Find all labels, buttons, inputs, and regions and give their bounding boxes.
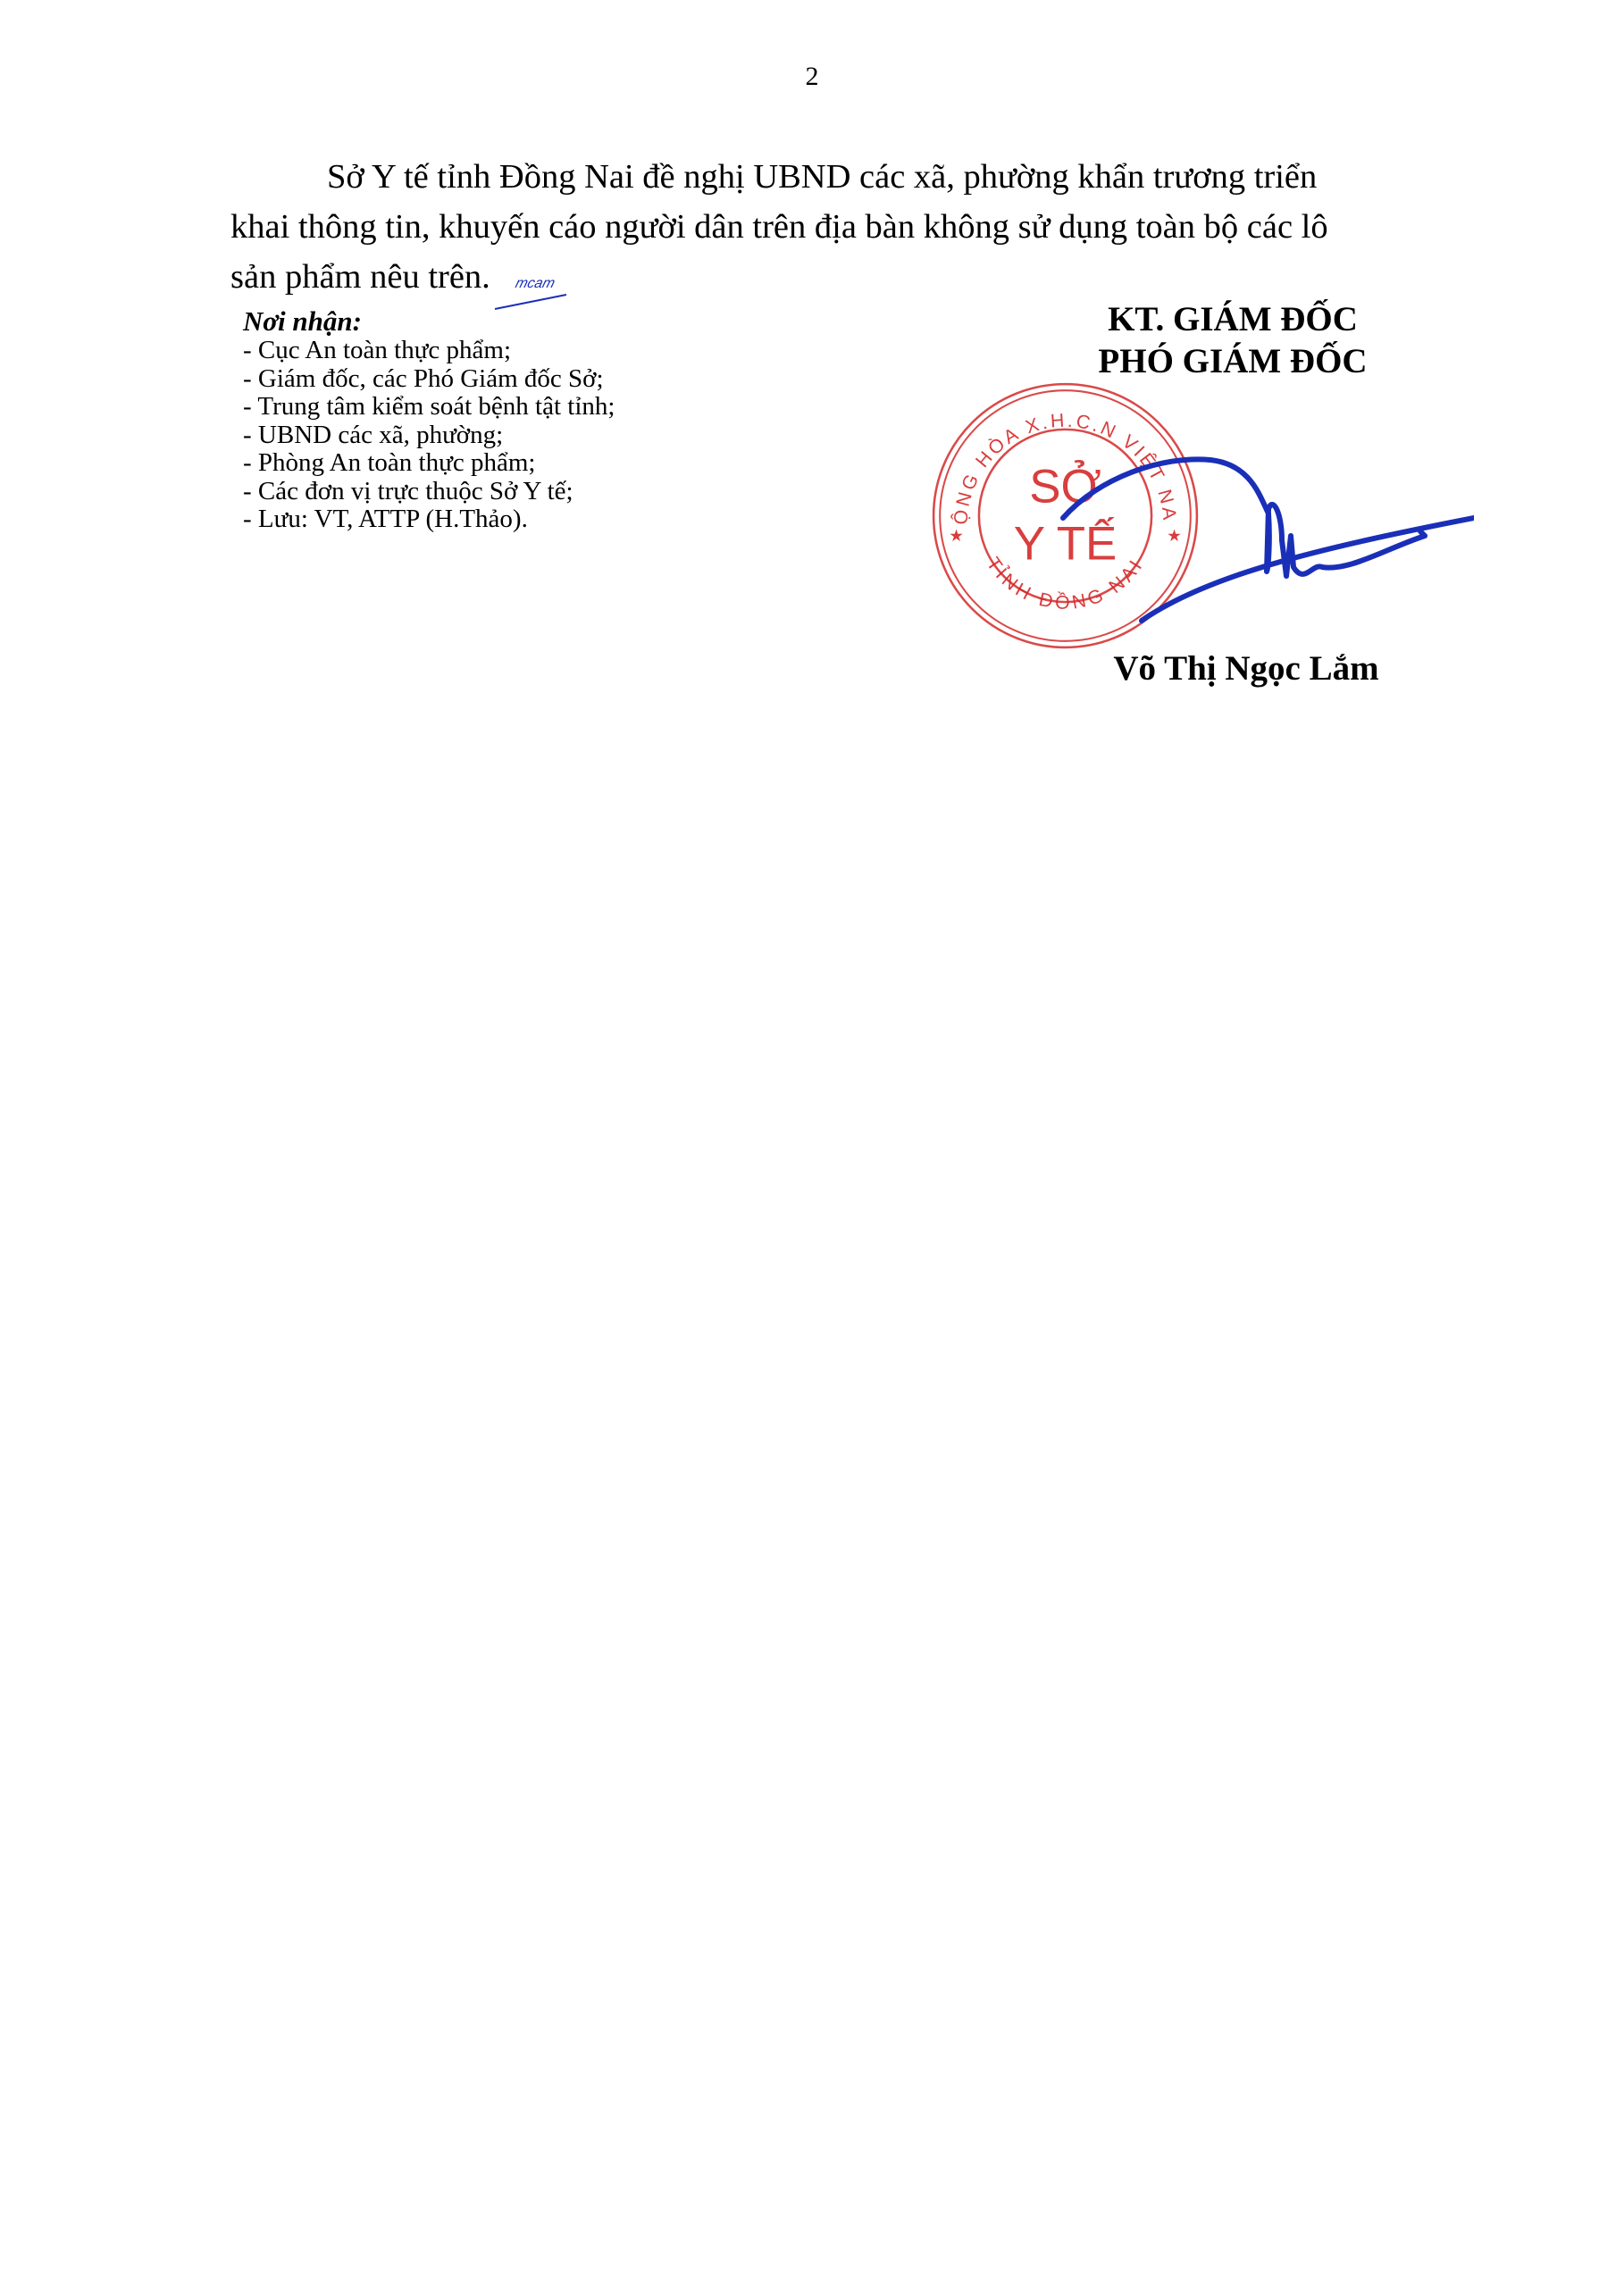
- signature-title-line1: KT. GIÁM ĐỐC: [1027, 298, 1438, 340]
- signature-title-block: KT. GIÁM ĐỐC PHÓ GIÁM ĐỐC: [1027, 298, 1438, 382]
- recipient-item: - UBND các xã, phường;: [243, 422, 615, 450]
- initials-text: mcam: [514, 275, 557, 291]
- recipients-title: Nơi nhận:: [243, 306, 615, 337]
- page-number: 2: [0, 61, 1624, 93]
- svg-text:★: ★: [949, 526, 963, 545]
- body-line: sản phẩm nêu trên.: [230, 252, 1441, 302]
- recipient-item: - Lưu: VT, ATTP (H.Thảo).: [243, 505, 615, 534]
- body-line: khai thông tin, khuyến cáo người dân trê…: [230, 202, 1441, 252]
- handwritten-signature-icon: [1027, 442, 1474, 630]
- recipient-item: - Các đơn vị trực thuộc Sở Y tế;: [243, 478, 615, 506]
- recipient-item: - Trung tâm kiểm soát bệnh tật tỉnh;: [243, 393, 615, 422]
- signer-name: Võ Thị Ngọc Lắm: [1027, 647, 1465, 690]
- recipient-item: - Giám đốc, các Phó Giám đốc Sở;: [243, 365, 615, 394]
- recipient-item: - Cục An toàn thực phẩm;: [243, 337, 615, 365]
- body-line: Sở Y tế tỉnh Đồng Nai đề nghị UBND các x…: [230, 152, 1441, 202]
- body-paragraph: Sở Y tế tỉnh Đồng Nai đề nghị UBND các x…: [230, 152, 1441, 302]
- signature-title-line2: PHÓ GIÁM ĐỐC: [1027, 340, 1438, 382]
- recipient-item: - Phòng An toàn thực phẩm;: [243, 449, 615, 478]
- recipients-block: Nơi nhận: - Cục An toàn thực phẩm; - Giá…: [243, 306, 615, 534]
